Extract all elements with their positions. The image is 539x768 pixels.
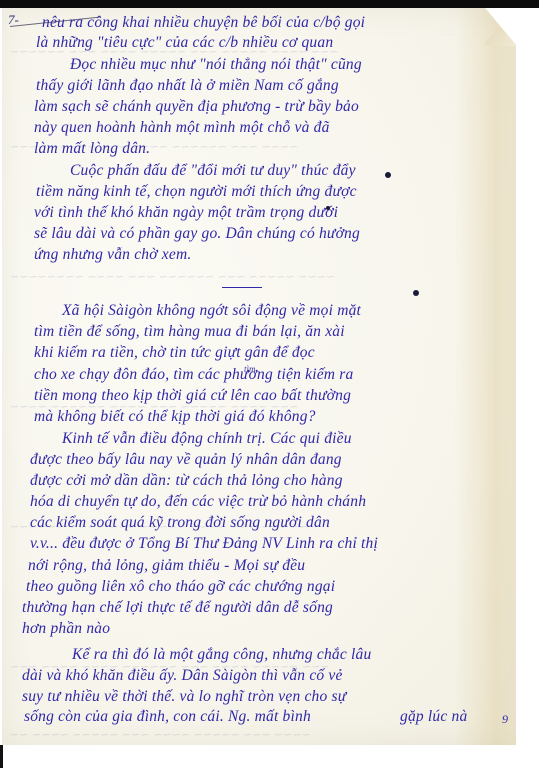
text-line: mà không biết có thể kịp thời giá đó khô…: [34, 408, 316, 426]
text-line: khi kiếm ra tiền, chờ tin tức giựt gân đ…: [34, 344, 315, 362]
text-line: thường hạn chế lợi thực tế để người dân …: [22, 599, 333, 617]
text-line: các kiểm soát quá kỹ trong đời sống ngườ…: [30, 514, 330, 532]
ink-blot: [326, 206, 330, 210]
text-line: sẽ lâu dài và có phần gay go. Dân chúng …: [34, 225, 360, 243]
text-line: Xã hội Sàigòn không ngớt sôi động về mọi…: [62, 302, 361, 320]
text-line: được theo bấy lâu nay về quản lý nhân dâ…: [30, 451, 342, 469]
text-line: thấy giới lãnh đạo nhất là ở miền Nam cố…: [36, 77, 339, 95]
text-line: là những "tiêu cực" của các c/b nhiều cơ…: [36, 34, 333, 52]
text-line: suy tư nhiều về thời thế. và lo nghĩ trò…: [22, 688, 346, 706]
text-line: được cởi mở dần dần: từ cách thả lỏng ch…: [30, 472, 343, 490]
text-line: tìm tiền để sống, tìm hàng mua đi bán lạ…: [34, 323, 345, 341]
ink-blot: [413, 290, 419, 296]
text-line: làm sạch sẽ chánh quyền địa phương - trừ…: [34, 98, 359, 116]
text-line: v.v... đều được ở Tổng Bí Thư Đảng NV Li…: [30, 535, 378, 553]
text-line: Đọc nhiều mục như "nói thẳng nói thật" c…: [70, 56, 362, 74]
text-line: làm mất lòng dân.: [34, 140, 150, 158]
text-line: nới rộng, thả lỏng, giảm thiểu - Mọi sự …: [28, 557, 305, 575]
text-line: Kinh tế vẫn điều động chính trị. Các qui…: [62, 430, 352, 448]
text-line: này quen hoành hành một mình một chỗ và …: [34, 119, 330, 137]
handwritten-text: nêu ra công khai nhiều chuyện bê bối của…: [0, 0, 539, 768]
section-divider: [222, 287, 262, 288]
text-line: với tình thế khó khăn ngày một trầm trọn…: [34, 204, 338, 222]
ink-blot: [385, 172, 391, 178]
text-line: ứng nhưng vẫn chờ xem.: [34, 246, 191, 264]
text-line: tiềm năng kinh tế, chọn người mới thích …: [36, 183, 357, 201]
text-line: cho xe chạy đôn đáo, tìm các phương tiện…: [34, 366, 353, 384]
text-line: nêu ra công khai nhiều chuyện bê bối của…: [42, 14, 365, 32]
struck-text: gặp lúc nà: [400, 708, 467, 726]
text-line: Kể ra thì đó là một gắng công, nhưng chắ…: [72, 646, 371, 664]
text-line: dài và khó khăn điều ấy. Dân Sàigòn thì …: [22, 667, 343, 685]
end-mark: 9: [502, 712, 508, 727]
text-line: Cuộc phấn đấu để "đổi mới tư duy" thúc đ…: [70, 162, 356, 180]
text-line: hóa di chuyển tự do, đến các việc trừ bỏ…: [30, 493, 366, 511]
text-line: hơn phần nào: [22, 620, 110, 638]
text-line: sống còn của gia đình, con cái. Ng. mất …: [24, 708, 311, 726]
text-line: theo guồng liên xô cho tháo gỡ các chướn…: [26, 578, 335, 596]
text-line: tiền mong theo kịp thời giá cứ lên cao b…: [34, 387, 351, 405]
